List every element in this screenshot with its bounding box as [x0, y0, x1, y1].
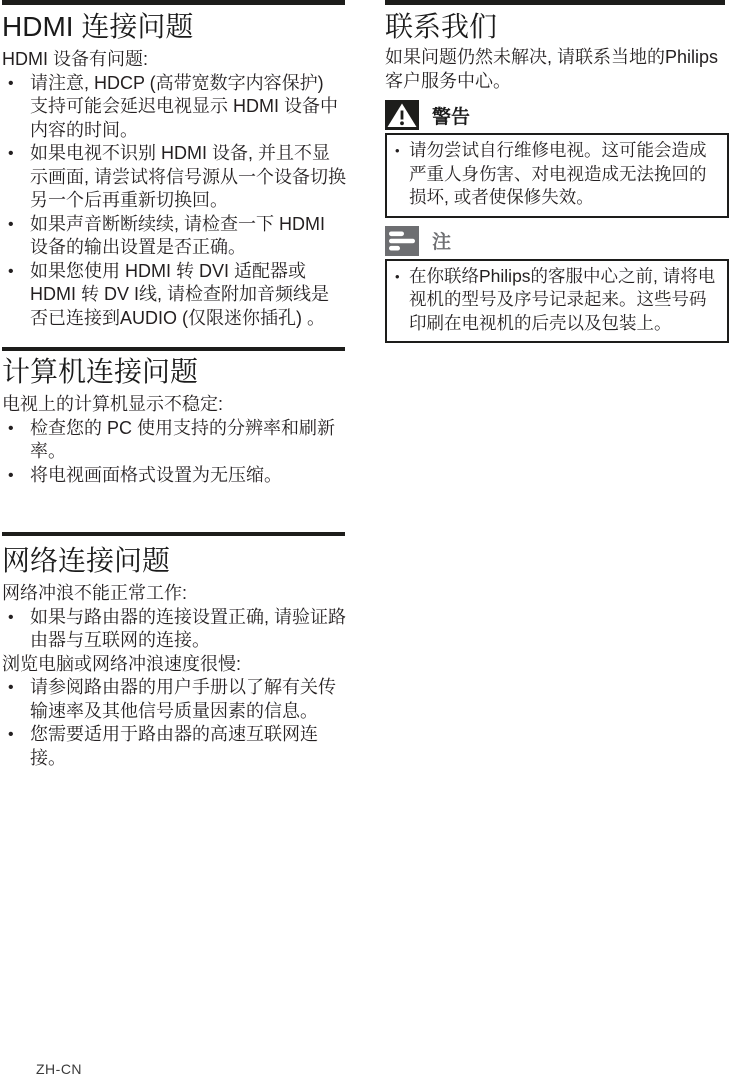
- section-divider-rule: [2, 532, 345, 536]
- network-bullet-list-2: 请参阅路由器的用户手册以了解有关传输速率及其他信号质量因素的信息。 您需要适用于…: [2, 676, 346, 770]
- computer-bullet-list: 检查您的 PC 使用支持的分辨率和刷新率。 将电视画面格式设置为无压缩。: [2, 417, 346, 488]
- column-top-rule: [385, 0, 725, 5]
- hdmi-bullet-list: 请注意, HDCP (高带宽数字内容保护) 支持可能会延迟电视显示 HDMI 设…: [2, 72, 346, 331]
- warning-item: 请勿尝试自行维修电视。这可能会造成严重人身伤害、对电视造成无法挽回的损坏, 或者…: [392, 139, 722, 210]
- bullet-item: 如果您使用 HDMI 转 DVI 适配器或 HDMI 转 DV I线, 请检查附…: [2, 260, 346, 331]
- bullet-item: 如果与路由器的连接设置正确, 请验证路由器与互联网的连接。: [2, 606, 346, 653]
- bullet-item: 检查您的 PC 使用支持的分辨率和刷新率。: [2, 417, 346, 464]
- section-computer-issues: 计算机连接问题 电视上的计算机显示不稳定: 检查您的 PC 使用支持的分辨率和刷…: [2, 355, 346, 487]
- bullet-item: 如果声音断断续续, 请检查一下 HDMI 设备的输出设置是否正确。: [2, 213, 346, 260]
- section-contact-us: 联系我们 如果问题仍然未解决, 请联系当地的Philips客户服务中心。 警告 …: [385, 10, 736, 343]
- section-intro-computer: 电视上的计算机显示不稳定:: [2, 393, 346, 417]
- section-hdmi-issues: HDMI 连接问题 HDMI 设备有问题: 请注意, HDCP (高带宽数字内容…: [2, 10, 346, 330]
- warning-icon: [385, 100, 419, 130]
- note-icon: [385, 226, 419, 256]
- bullet-item: 请注意, HDCP (高带宽数字内容保护) 支持可能会延迟电视显示 HDMI 设…: [2, 72, 346, 143]
- bullet-item: 将电视画面格式设置为无压缩。: [2, 464, 346, 488]
- section-intro-hdmi: HDMI 设备有问题:: [2, 48, 346, 72]
- section-title-computer: 计算机连接问题: [2, 355, 346, 389]
- bullet-item: 如果电视不识别 HDMI 设备, 并且不显示画面, 请尝试将信号源从一个设备切换…: [2, 142, 346, 213]
- note-bullet-list: 在你联络Philips的客服中心之前, 请将电视机的型号及序号记录起来。这些号码…: [392, 265, 722, 336]
- warning-bullet-list: 请勿尝试自行维修电视。这可能会造成严重人身伤害、对电视造成无法挽回的损坏, 或者…: [392, 139, 722, 210]
- section-title-contact: 联系我们: [385, 10, 736, 44]
- bullet-item: 请参阅路由器的用户手册以了解有关传输速率及其他信号质量因素的信息。: [2, 676, 346, 723]
- warning-header: 警告: [385, 100, 736, 130]
- network-bullet-list-1: 如果与路由器的连接设置正确, 请验证路由器与互联网的连接。: [2, 606, 346, 653]
- note-box: 在你联络Philips的客服中心之前, 请将电视机的型号及序号记录起来。这些号码…: [385, 259, 729, 344]
- contact-intro: 如果问题仍然未解决, 请联系当地的Philips客户服务中心。: [385, 46, 736, 93]
- right-column: 联系我们 如果问题仍然未解决, 请联系当地的Philips客户服务中心。 警告 …: [385, 0, 736, 343]
- left-column: HDMI 连接问题 HDMI 设备有问题: 请注意, HDCP (高带宽数字内容…: [2, 0, 346, 770]
- note-label: 注: [432, 227, 451, 254]
- note-header: 注: [385, 226, 736, 256]
- manual-page: HDMI 连接问题 HDMI 设备有问题: 请注意, HDCP (高带宽数字内容…: [0, 0, 736, 1081]
- section-title-network: 网络连接问题: [2, 544, 346, 578]
- column-top-rule: [2, 0, 345, 5]
- warning-box: 请勿尝试自行维修电视。这可能会造成严重人身伤害、对电视造成无法挽回的损坏, 或者…: [385, 133, 729, 218]
- section-divider-rule: [2, 347, 345, 351]
- warning-label: 警告: [432, 102, 470, 129]
- network-intro-1: 网络冲浪不能正常工作:: [2, 582, 346, 606]
- note-item: 在你联络Philips的客服中心之前, 请将电视机的型号及序号记录起来。这些号码…: [392, 265, 722, 336]
- page-language-label: ZH-CN: [36, 1061, 82, 1077]
- bullet-item: 您需要适用于路由器的高速互联网连接。: [2, 723, 346, 770]
- network-intro-2: 浏览电脑或网络冲浪速度很慢:: [2, 653, 346, 677]
- section-title-hdmi: HDMI 连接问题: [2, 10, 346, 44]
- section-network-issues: 网络连接问题 网络冲浪不能正常工作: 如果与路由器的连接设置正确, 请验证路由器…: [2, 544, 346, 770]
